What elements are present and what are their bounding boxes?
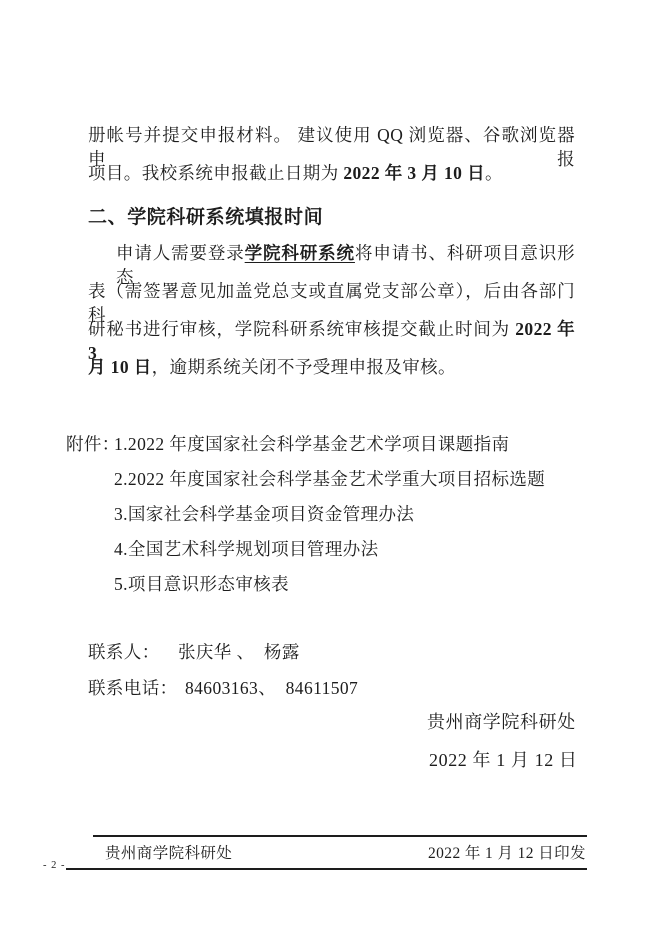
attachment-item-1: 1.2022 年度国家社会科学基金艺术学项目课题指南	[114, 432, 584, 456]
contact-person-value: 张庆华 、 杨露	[178, 640, 300, 664]
text-run: 项目。我校系统申报截止日期为	[88, 163, 343, 183]
text-run: ，逾期系统关闭不予受理申报及审核。	[152, 357, 456, 377]
footer-top-rule	[93, 835, 587, 837]
footer-bottom-rule	[66, 868, 587, 870]
deadline-date-bold: 月 10 日	[88, 357, 152, 377]
attachment-item-2: 2.2022 年度国家社会科学基金艺术学重大项目招标选题	[114, 467, 584, 491]
section2-heading: 二、学院科研系统填报时间	[88, 206, 575, 230]
text-run: 研秘书进行审核，学院科研系统审核提交截止时间为	[88, 319, 515, 339]
contact-person-label: 联系人：	[88, 640, 160, 664]
system-name-emphasis: 学院科研系统	[245, 243, 355, 263]
document-page: 册帐号并提交申报材料。 建议使用 QQ 浏览器、谷歌浏览器申报 项目。我校系统申…	[0, 0, 662, 936]
text-run: 。	[485, 163, 503, 183]
footer-issuer: 贵州商学院科研处	[105, 844, 232, 864]
section2-line4: 月 10 日，逾期系统关闭不予受理申报及审核。	[88, 355, 575, 379]
contact-phone-label: 联系电话：	[88, 676, 178, 700]
attachment-item-5: 5.项目意识形态审核表	[114, 572, 584, 596]
contact-person-row: 联系人： 张庆华 、 杨露	[0, 640, 662, 664]
contact-phone-row: 联系电话： 84603163、 84611507	[0, 676, 662, 700]
attachment-item-3: 3.国家社会科学基金项目资金管理办法	[114, 502, 584, 526]
paragraph1-line2: 项目。我校系统申报截止日期为 2022 年 3 月 10 日。	[88, 161, 575, 185]
contact-phone-value: 84603163、 84611507	[185, 676, 358, 700]
signature-org: 贵州商学院科研处	[427, 710, 576, 734]
deadline-date-bold: 2022 年 3 月 10 日	[343, 163, 485, 183]
text-run: 申请人需要登录	[116, 243, 245, 263]
signature-date: 2022 年 1 月 12 日	[429, 748, 578, 772]
footer-print-date: 2022 年 1 月 12 日印发	[428, 844, 586, 864]
attachment-item-4: 4.全国艺术科学规划项目管理办法	[114, 537, 584, 561]
page-number: - 2 -	[43, 860, 66, 871]
